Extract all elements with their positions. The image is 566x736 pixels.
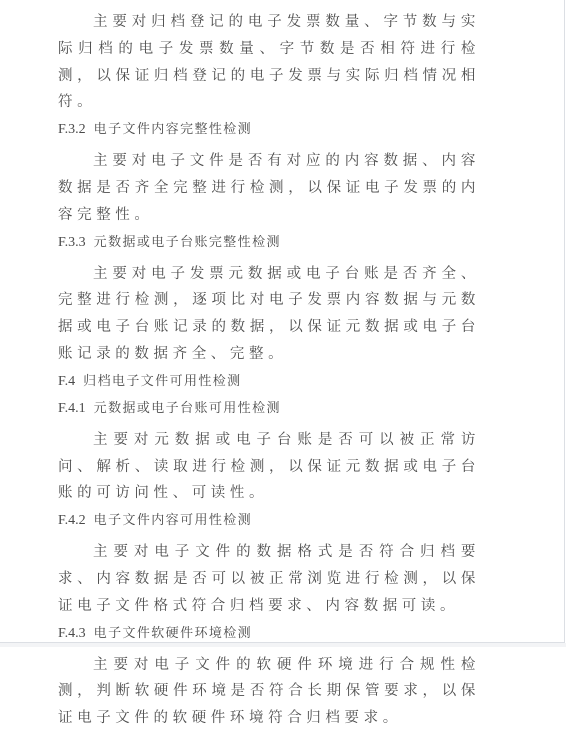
section-number: F.4.2 [58,513,86,528]
section-number: F.3.2 [58,122,86,137]
paragraph-metadata-usability: 主要对元数据或电子台账是否可以被正常访问、解析、读取进行检测，以保证元数据或电子… [58,427,480,507]
paragraph-metadata-integrity: 主要对电子发票元数据或电子台账是否齐全、完整进行检测，逐项比对电子发票内容数据与… [58,261,480,368]
paragraph-archive-count-check: 主要对归档登记的电子发票数量、字节数与实际归档的电子发票数量、字节数是否相符进行… [58,9,480,116]
section-title: 元数据或电子台账完整性检测 [94,235,281,250]
section-title: 归档电子文件可用性检测 [83,374,241,389]
section-number: F.4.1 [58,401,86,416]
section-number: F.4 [58,374,75,389]
section-heading-f-4-3: F.4.3电子文件软硬件环境检测 [58,625,480,643]
section-heading-f-3-2: F.3.2电子文件内容完整性检测 [58,121,480,139]
paragraph-content-usability: 主要对电子文件的数据格式是否符合归档要求、内容数据是否可以被正常浏览进行检测，以… [58,539,480,619]
section-heading-f-3-3: F.3.3元数据或电子台账完整性检测 [58,234,480,252]
section-number: F.3.3 [58,235,86,250]
section-heading-f-4-2: F.4.2电子文件内容可用性检测 [58,512,480,530]
document-content: 主要对归档登记的电子发票数量、字节数与实际归档的电子发票数量、字节数是否相符进行… [58,9,480,647]
section-title: 元数据或电子台账可用性检测 [94,401,281,416]
document-page: 主要对归档登记的电子发票数量、字节数与实际归档的电子发票数量、字节数是否相符进行… [0,0,565,643]
section-title: 电子文件内容完整性检测 [94,122,252,137]
section-title: 电子文件软硬件环境检测 [94,626,252,641]
section-title: 电子文件内容可用性检测 [94,513,252,528]
page-bottom-margin [0,643,566,647]
section-number: F.4.3 [58,626,86,641]
section-heading-f-4-1: F.4.1元数据或电子台账可用性检测 [58,400,480,418]
paragraph-content-integrity: 主要对电子文件是否有对应的内容数据、内容数据是否齐全完整进行检测，以保证电子发票… [58,148,480,228]
section-heading-f-4: F.4归档电子文件可用性检测 [58,373,480,391]
